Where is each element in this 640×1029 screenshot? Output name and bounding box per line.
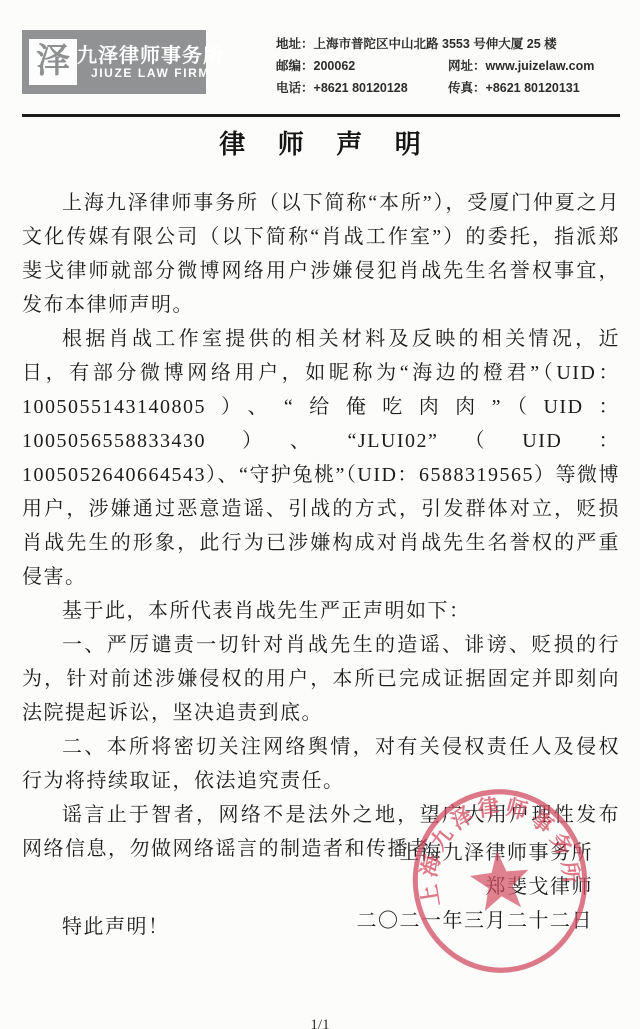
contact-row-address: 地址：上海市普陀区中山北路 3553 号伸大厦 25 楼 — [276, 33, 622, 55]
page-number: 1/1 — [0, 1017, 640, 1029]
web-label: 网址： — [448, 59, 486, 73]
document-title: 律 师 声 明 — [0, 124, 640, 161]
fax-label: 传真： — [448, 81, 486, 95]
web-cell: 网址：www.juizelaw.com — [448, 55, 594, 77]
address-label: 地址： — [276, 33, 314, 55]
fax-value: +8621 80120131 — [486, 81, 580, 95]
logo-mark-glyph: 泽 — [36, 45, 70, 79]
tel-label: 电话： — [276, 81, 314, 95]
contact-info: 地址：上海市普陀区中山北路 3553 号伸大厦 25 楼 邮编：200062 网… — [276, 30, 622, 99]
signature-firm: 上海九泽律师事务所 — [357, 836, 594, 870]
paragraph-4: 一、严厉谴责一切针对肖战先生的造谣、诽谤、贬损的行为，针对前述涉嫌侵权的用户，本… — [22, 628, 620, 730]
paragraph-1: 上海九泽律师事务所（以下简称“本所”），受厦门仲夏之月文化传媒有限公司（以下简称… — [22, 186, 620, 322]
web-value: www.juizelaw.com — [486, 59, 595, 73]
zip-value: 200062 — [314, 59, 356, 73]
tel-cell: 电话：+8621 80120128 — [276, 77, 448, 99]
address-value: 上海市普陀区中山北路 3553 号伸大厦 25 楼 — [314, 33, 557, 55]
signature-block: 上海九泽律师事务所 郑斐戈律师 二〇二一年三月二十二日 — [357, 836, 594, 938]
firm-logo: 泽 九泽律师事务所 JIUZE LAW FIRM — [22, 30, 206, 94]
signature-date: 二〇二一年三月二十二日 — [357, 904, 594, 938]
logo-text: 九泽律师事务所 JIUZE LAW FIRM — [77, 43, 224, 80]
paragraph-5: 二、本所将密切关注网络舆情，对有关侵权责任人及侵权行为将持续取证，依法追究责任。 — [22, 730, 620, 798]
logo-mark-icon: 泽 — [29, 39, 77, 85]
header-rule — [22, 114, 620, 117]
paragraph-3: 基于此，本所代表肖战先生严正声明如下： — [22, 594, 620, 628]
zip-cell: 邮编：200062 — [276, 55, 448, 77]
signature-lawyer: 郑斐戈律师 — [357, 870, 594, 904]
firm-name-cn: 九泽律师事务所 — [77, 45, 224, 67]
contact-row-zip-web: 邮编：200062 网址：www.juizelaw.com — [276, 55, 622, 77]
statement-body: 上海九泽律师事务所（以下简称“本所”），受厦门仲夏之月文化传媒有限公司（以下简称… — [22, 186, 620, 944]
contact-row-tel-fax: 电话：+8621 80120128 传真：+8621 80120131 — [276, 77, 622, 99]
document-page: 泽 九泽律师事务所 JIUZE LAW FIRM 地址：上海市普陀区中山北路 3… — [0, 0, 640, 1029]
firm-name-en: JIUZE LAW FIRM — [77, 67, 224, 80]
zip-label: 邮编： — [276, 59, 314, 73]
paragraph-2: 根据肖战工作室提供的相关材料及反映的相关情况，近日，有部分微博网络用户，如昵称为… — [22, 322, 620, 594]
letterhead: 泽 九泽律师事务所 JIUZE LAW FIRM 地址：上海市普陀区中山北路 3… — [22, 30, 622, 99]
tel-value: +8621 80120128 — [314, 81, 408, 95]
fax-cell: 传真：+8621 80120131 — [448, 77, 580, 99]
